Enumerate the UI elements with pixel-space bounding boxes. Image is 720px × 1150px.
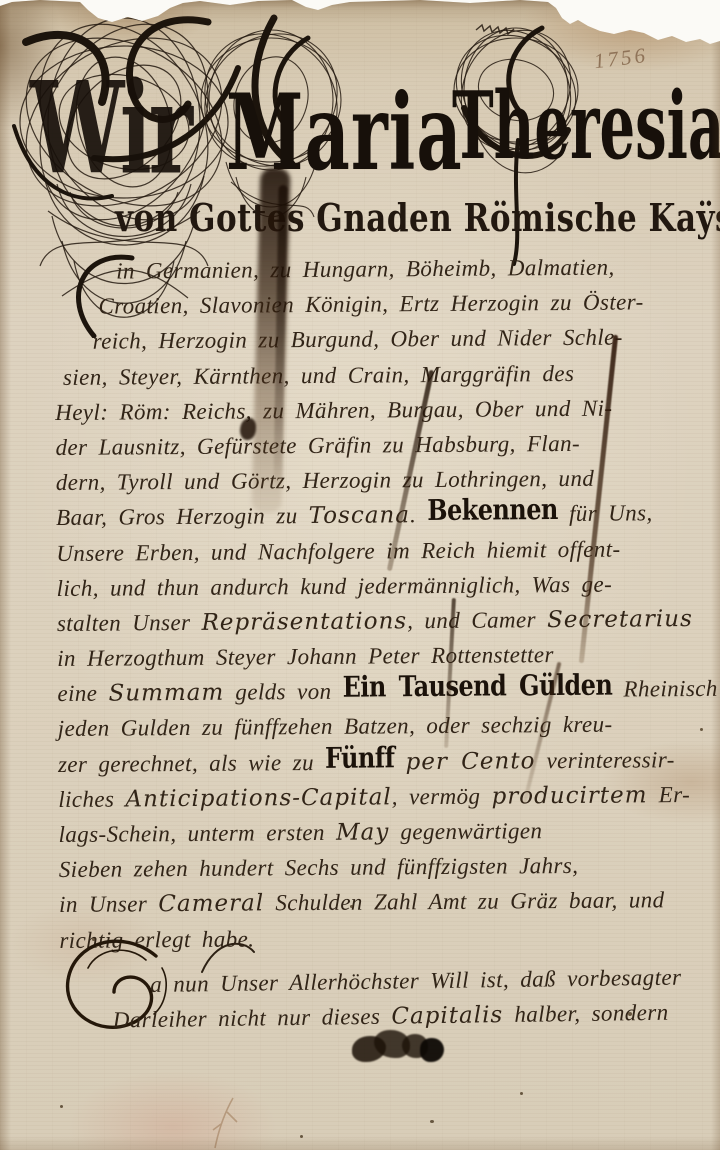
- text-segment: [394, 749, 405, 774]
- text-segment: Repräsentations: [201, 608, 407, 636]
- text-segment: Toscana: [309, 503, 411, 530]
- text-segment: Sieben zehen hundert Sechs und fünffzigs…: [59, 853, 579, 882]
- text-segment: lich, und thun andurch kund jedermännigl…: [57, 571, 613, 600]
- manuscript-line: zer gerechnet, als wie zu Fünff per Cent…: [58, 742, 708, 782]
- paragraph-titles-and-declaration: in Germanien, zu Hungarn, Böheimb, Dalma…: [54, 249, 710, 958]
- manuscript-line: liches Anticipations-Capital, vermög pro…: [58, 777, 708, 817]
- text-segment: gegenwärtigen: [389, 818, 542, 844]
- text-segment: Schulden Zahl Amt zu Gräz baar, und: [264, 888, 665, 916]
- manuscript-line: dern, Tyroll und Görtz, Herzogin zu Loth…: [56, 460, 706, 500]
- subtitle-line: von Gottes Gnaden Römische Kaÿserin: [115, 196, 720, 241]
- text-segment: in Unser: [59, 892, 158, 918]
- manuscript-line: Sieben zehen hundert Sechs und fünffzigs…: [59, 847, 709, 887]
- title-word-wir: Wir: [30, 54, 190, 203]
- text-segment: Ein Tausend Gülden: [342, 665, 612, 709]
- text-segment: stalten Unser: [57, 610, 202, 636]
- text-segment: a nun Unser Allerhöchster Will ist, daß …: [150, 965, 681, 997]
- text-segment: Croatien, Slavonien Königin, Ertz Herzog…: [98, 290, 643, 319]
- manuscript-line: in Germanien, zu Hungarn, Böheimb, Dalma…: [54, 249, 704, 289]
- year-annotation: 1756: [593, 43, 650, 74]
- paragraph-closing: a nun Unser Allerhöchster Will ist, daß …: [150, 958, 711, 1036]
- text-segment: Heyl: Röm: Reichs, zu Mähren, Burgau, Ob…: [55, 395, 612, 424]
- text-segment: Bekennen: [427, 489, 558, 532]
- text-segment: in Germanien, zu Hungarn, Böheimb, Dalma…: [116, 255, 615, 284]
- manuscript-line: Baar, Gros Herzogin zu Toscana. Bekennen…: [56, 495, 706, 535]
- text-segment: Secretarius: [547, 606, 693, 633]
- manuscript-line: Heyl: Röm: Reichs, zu Mähren, Burgau, Ob…: [55, 390, 705, 430]
- text-segment: lags-Schein, unterm ersten: [58, 820, 336, 847]
- title-word-theresia: Theresia: [452, 72, 720, 181]
- title-word-maria: Maria: [226, 70, 463, 195]
- foxing-speck: [350, 905, 353, 908]
- text-segment: Er-: [647, 782, 690, 807]
- foxing-speck: [628, 1012, 632, 1016]
- foxing-speck: [60, 1105, 63, 1108]
- text-segment: Summam: [108, 680, 224, 707]
- text-segment: verinteressir-: [535, 747, 675, 773]
- text-segment: Cameral: [158, 891, 264, 918]
- text-segment: , und Camer: [407, 607, 547, 633]
- text-segment: der Lausnitz, Gefürstete Gräfin zu Habsb…: [55, 431, 580, 460]
- manuscript-line: Croatien, Slavonien Königin, Ertz Herzog…: [54, 284, 704, 324]
- text-segment: Fünff: [325, 737, 395, 780]
- manuscript-line: lags-Schein, unterm ersten May gegenwärt…: [58, 812, 708, 852]
- text-segment: Anticipations-Capital: [125, 784, 391, 812]
- text-segment: Baar, Gros Herzogin zu: [56, 503, 309, 530]
- manuscript-line: eine Summam gelds von Ein Tausend Gülden…: [57, 671, 707, 711]
- ink-blot: [352, 1028, 447, 1068]
- manuscript-paper: 1756 Wir Maria Theresia von Gottes Gnade…: [0, 0, 720, 1150]
- foxing-speck: [92, 938, 95, 941]
- text-segment: .: [410, 502, 428, 527]
- text-segment: gelds von: [224, 679, 343, 705]
- stain-mark-icon: [185, 1090, 255, 1150]
- text-segment: liches: [58, 786, 125, 812]
- text-segment: sien, Steyer, Kärnthen, und Crain, Margg…: [63, 360, 574, 389]
- manuscript-line: stalten Unser Repräsentations, und Camer…: [57, 601, 707, 641]
- foxing-speck: [300, 1135, 303, 1138]
- text-segment: Unsere Erben, und Nachfolgere im Reich h…: [56, 536, 620, 565]
- manuscript-line: Unsere Erben, und Nachfolgere im Reich h…: [56, 530, 706, 570]
- manuscript-line: sien, Steyer, Kärnthen, und Crain, Margg…: [55, 354, 705, 394]
- text-segment: May: [336, 819, 389, 845]
- text-segment: , vermög: [392, 783, 492, 809]
- manuscript-line: in Unser Cameral Schulden Zahl Amt zu Gr…: [59, 882, 709, 922]
- text-segment: halber, sondern: [503, 1000, 669, 1027]
- text-segment: per Cento: [406, 748, 536, 775]
- text-segment: eine: [57, 681, 108, 706]
- text-segment: für Uns,: [558, 501, 653, 527]
- text-segment: producirtem: [491, 782, 647, 809]
- foxing-speck: [430, 1120, 434, 1123]
- text-segment: Rheinisch: [612, 676, 718, 702]
- manuscript-line: reich, Herzogin zu Burgund, Ober und Nid…: [55, 319, 705, 359]
- manuscript-line: lich, und thun andurch kund jedermännigl…: [56, 566, 706, 606]
- text-segment: Darleiher nicht nur dieses: [113, 1004, 392, 1033]
- text-segment: reich, Herzogin zu Burgund, Ober und Nid…: [93, 325, 623, 354]
- text-segment: zer gerechnet, als wie zu: [58, 750, 325, 777]
- foxing-speck: [520, 1092, 523, 1095]
- text-segment: Capitalis: [391, 1002, 503, 1030]
- foxing-speck: [700, 728, 703, 731]
- manuscript-line: der Lausnitz, Gefürstete Gräfin zu Habsb…: [55, 425, 705, 465]
